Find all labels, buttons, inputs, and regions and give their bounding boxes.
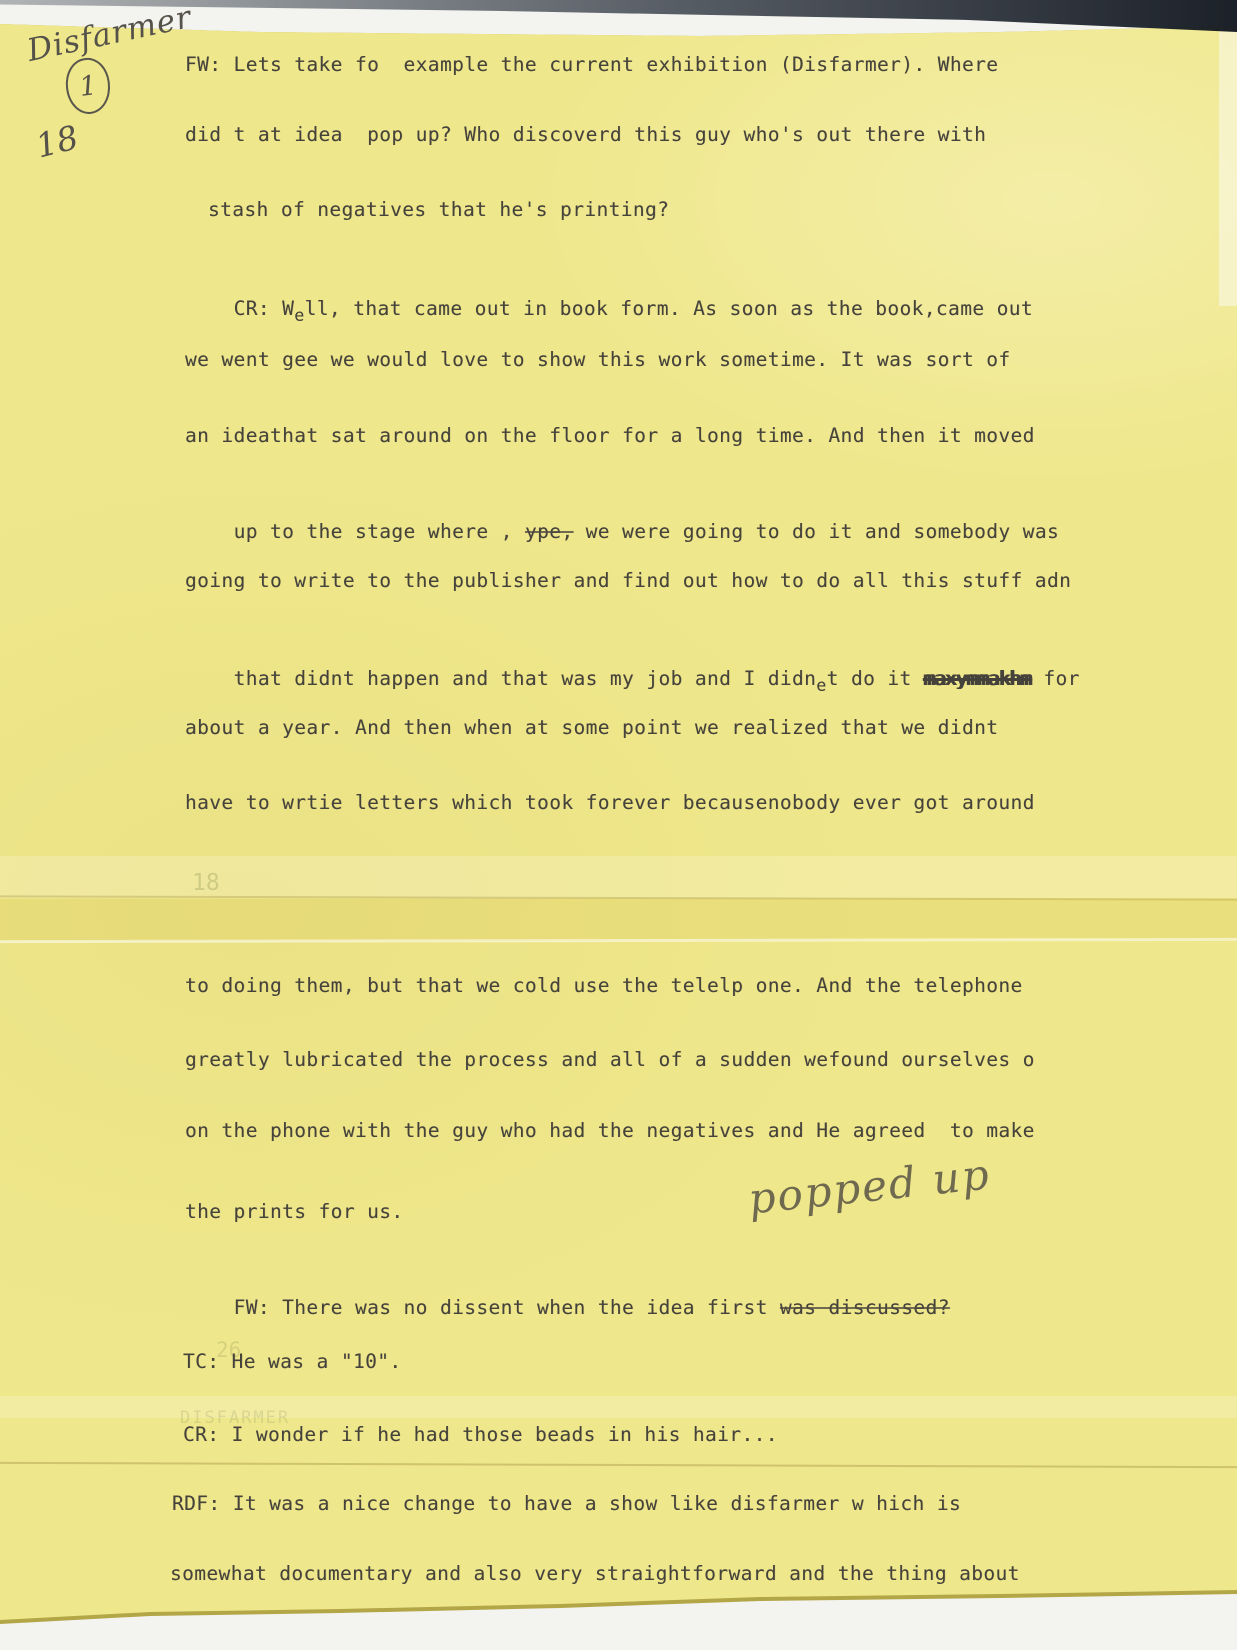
- typed-line: CR: Well, that came out in book form. As…: [185, 273, 1033, 352]
- typed-text-segment: we were going to do it and somebody was: [574, 520, 1060, 543]
- typed-line: stash of negatives that he's printing?: [208, 198, 669, 222]
- typed-text-segment: CR: W: [234, 297, 295, 320]
- typed-line: we went gee we would love to show this w…: [185, 348, 1011, 372]
- typed-line: RDF: It was a nice change to have a show…: [172, 1492, 961, 1516]
- typed-line: the prints for us.: [185, 1200, 404, 1224]
- paper-right-edge: [1219, 26, 1237, 306]
- typed-line: TC: He was a "10".: [183, 1350, 402, 1374]
- typed-line: to doing them, but that we cold use the …: [185, 974, 1023, 998]
- typed-text-segment: for: [1031, 667, 1080, 690]
- typed-line: going to write to the publisher and find…: [185, 569, 1071, 593]
- typed-line: somewhat documentary and also very strai…: [170, 1562, 1020, 1586]
- typed-text-segment: FW: There was no dissent when the idea f…: [234, 1296, 780, 1319]
- typed-text-segment: ll, that came out in book form. As soon …: [305, 297, 1033, 320]
- typed-line: on the phone with the guy who had the ne…: [185, 1119, 1035, 1143]
- typed-text-segment: that didnt happen and that was my job an…: [234, 667, 817, 690]
- paper-seam-band: [0, 856, 1237, 898]
- typed-line: FW: Lets take fo example the current exh…: [185, 53, 998, 77]
- typed-line: have to wrtie letters which took forever…: [185, 791, 1035, 815]
- typed-line: up to the stage where , ype, we were goi…: [185, 496, 1059, 568]
- subscript-char: e: [294, 306, 304, 325]
- typed-text-segment: up to the stage where ,: [234, 520, 525, 543]
- subscript-char: e: [816, 676, 826, 695]
- struck-text: was discussed?: [780, 1296, 950, 1319]
- typed-line: CR: I wonder if he had those beads in hi…: [183, 1423, 778, 1447]
- circled-number: 1: [78, 70, 99, 103]
- faint-page-number: 18: [192, 870, 220, 896]
- typed-text-segment: t do it: [827, 667, 924, 690]
- typed-line: an ideathat sat around on the floor for …: [185, 424, 1035, 448]
- scanned-page: Disfarmer 1 18 18 26 DISFARMER popped up…: [0, 0, 1237, 1650]
- typed-line: FW: There was no dissent when the idea f…: [185, 1272, 950, 1344]
- typed-line: did t at idea pop up? Who discoverd this…: [185, 123, 986, 147]
- overstruck-text: maxymmakhm: [924, 667, 1031, 690]
- typed-line: about a year. And then when at some poin…: [185, 716, 998, 740]
- struck-text: ype,: [525, 520, 574, 543]
- paper-seam-band: [0, 899, 1237, 941]
- typed-line: that didnt happen and that was my job an…: [185, 643, 1080, 722]
- typed-line: greatly lubricated the process and all o…: [185, 1048, 1035, 1072]
